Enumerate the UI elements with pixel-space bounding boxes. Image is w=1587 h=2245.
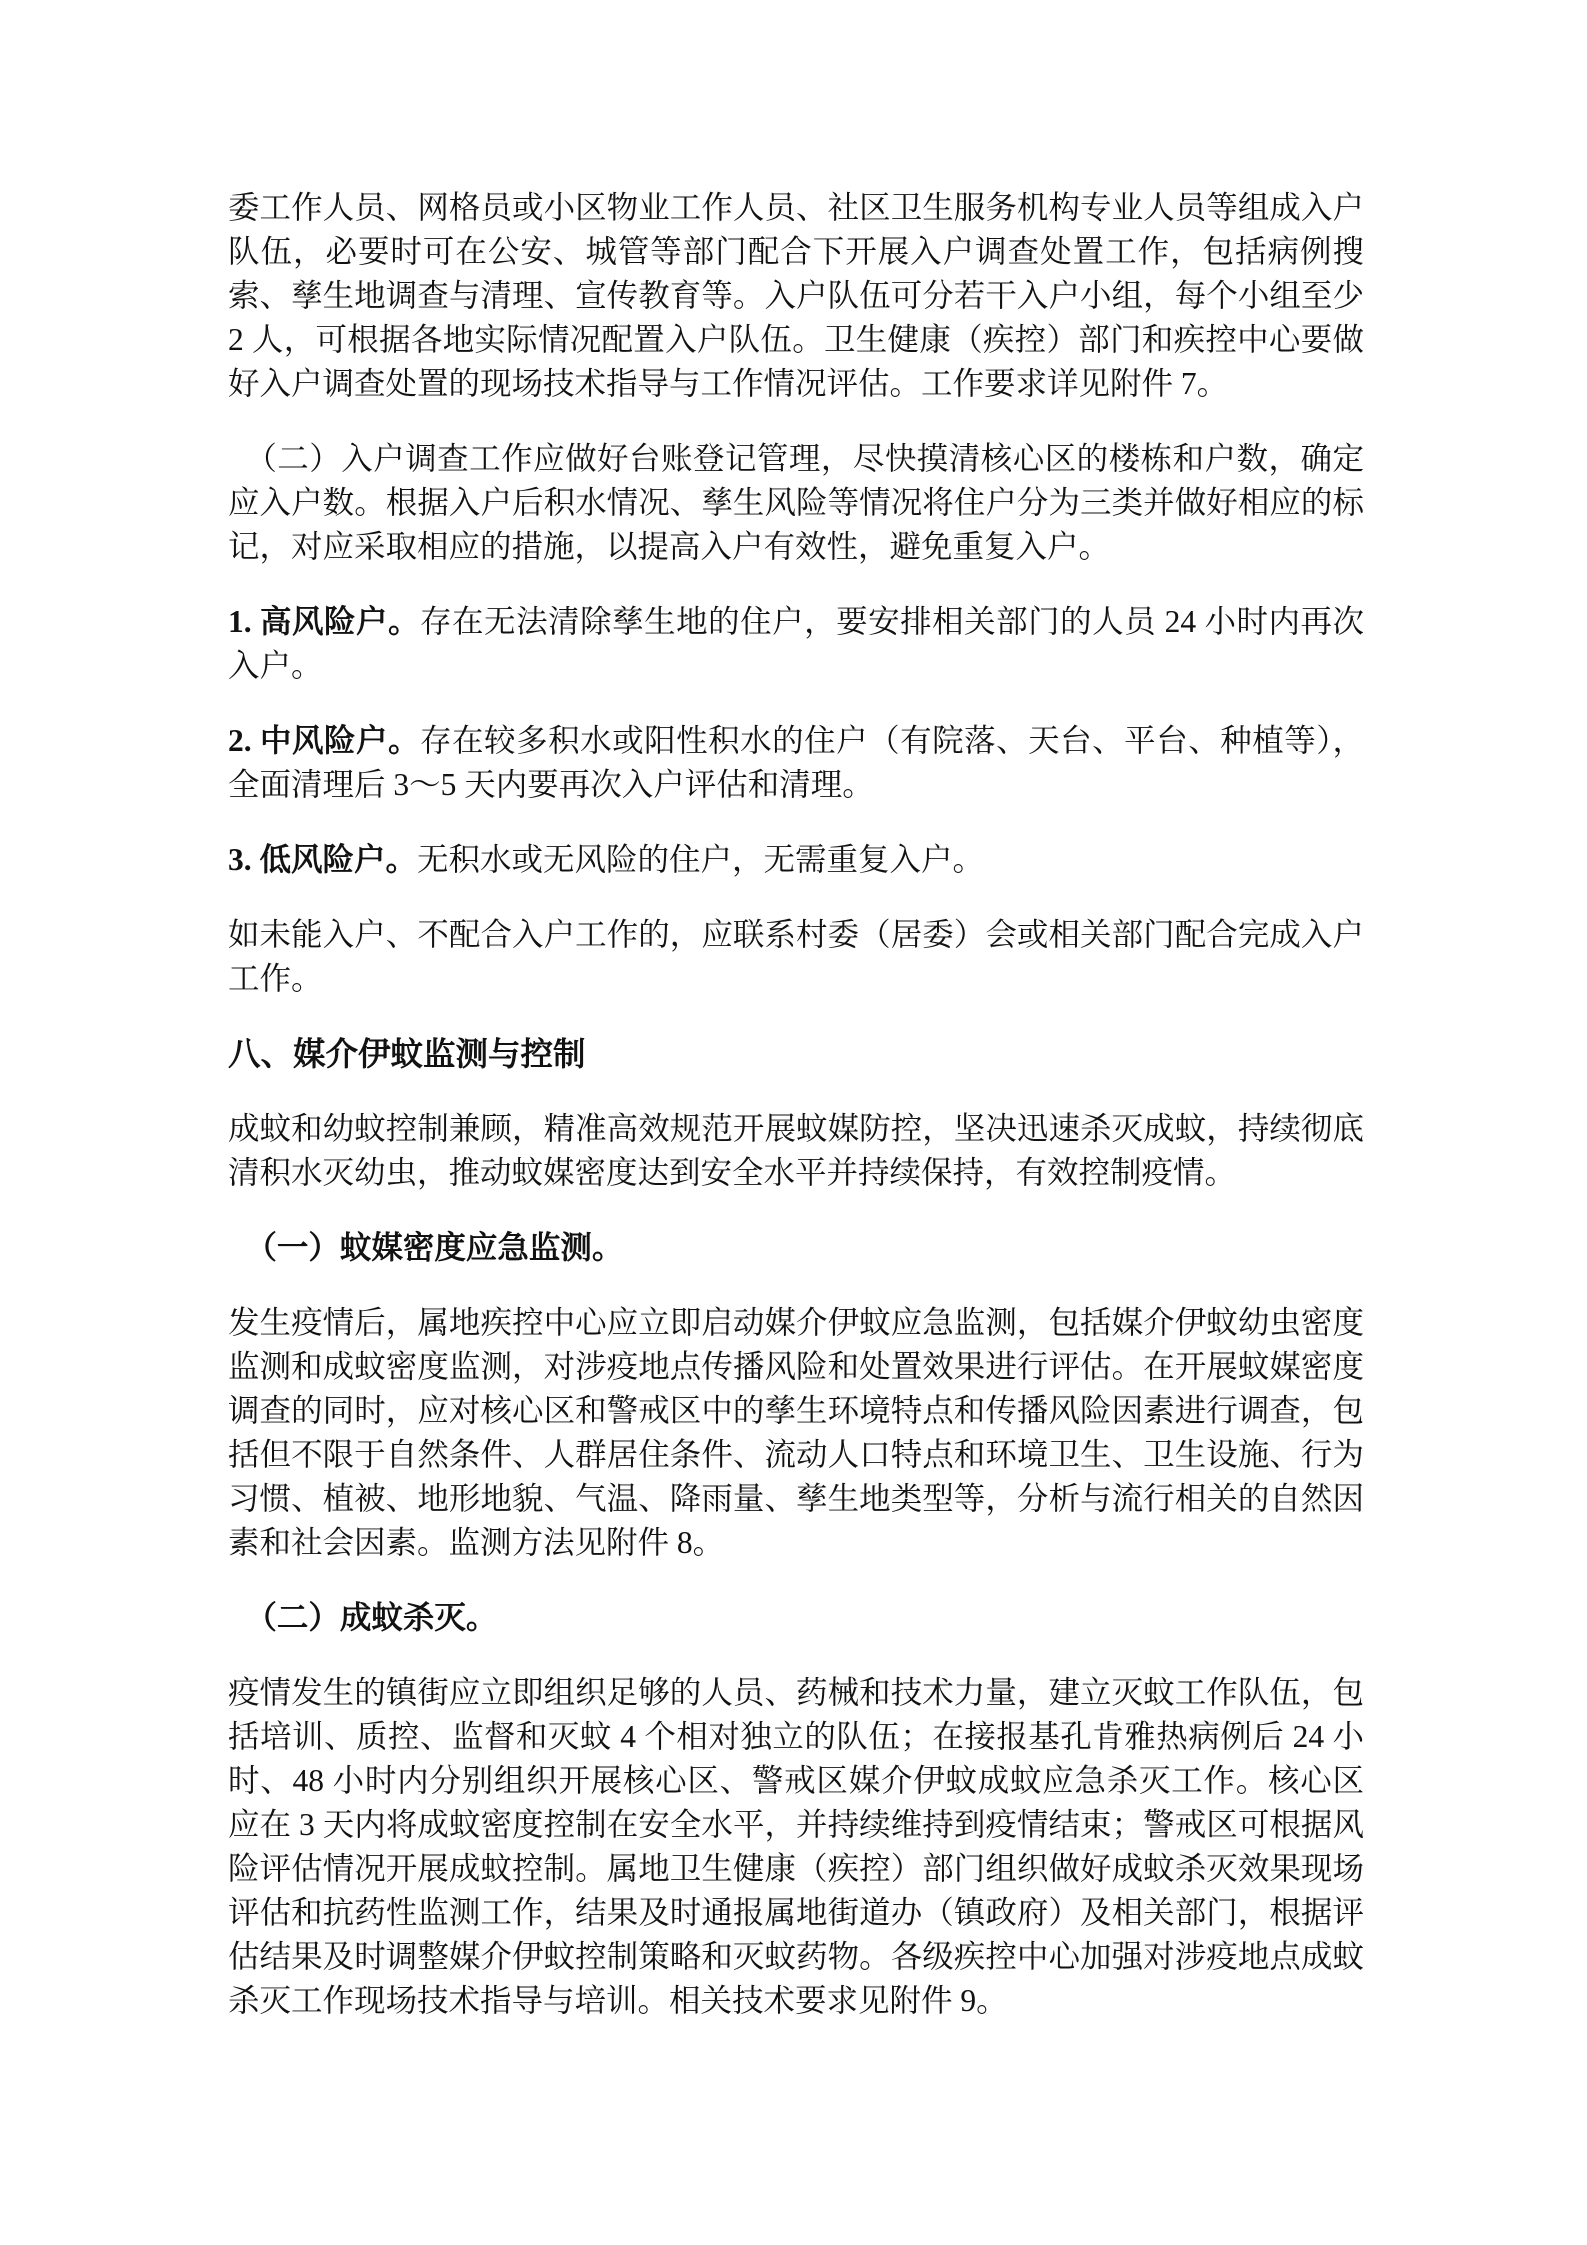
low-risk-text: 无积水或无风险的住户，无需重复入户。 [417, 842, 984, 877]
paragraph-entry-household-teams: 委工作人员、网格员或小区物业工作人员、社区卫生服务机构专业人员等组成入户队伍，必… [228, 186, 1364, 406]
document-page: 委工作人员、网格员或小区物业工作人员、社区卫生服务机构专业人员等组成入户队伍，必… [0, 0, 1587, 2245]
medium-risk-label: 2. 中风险户。 [228, 723, 420, 758]
paragraph-medium-risk-household: 2. 中风险户。存在较多积水或阳性积水的住户（有院落、天台、平台、种植等），全面… [228, 719, 1364, 807]
paragraph-adult-larva-control-overview: 成蚊和幼蚊控制兼顾，精准高效规范开展蚊媒防控，坚决迅速杀灭成蚊，持续彻底清积水灭… [228, 1107, 1364, 1195]
paragraph-uncooperative-households: 如未能入户、不配合入户工作的，应联系村委（居委）会或相关部门配合完成入户工作。 [228, 913, 1364, 1001]
high-risk-label: 1. 高风险户。 [228, 604, 420, 639]
paragraph-low-risk-household: 3. 低风险户。无积水或无风险的住户，无需重复入户。 [228, 838, 1364, 882]
paragraph-adult-mosquito-elimination-details: 疫情发生的镇街应立即组织足够的人员、药械和技术力量，建立灭蚊工作队伍，包括培训、… [228, 1671, 1364, 2023]
subheading-adult-mosquito-elimination: （二）成蚊杀灭。 [228, 1596, 1364, 1640]
subheading-mosquito-density-emergency-monitoring: （一）蚊媒密度应急监测。 [228, 1226, 1364, 1270]
low-risk-label: 3. 低风险户。 [228, 842, 417, 877]
paragraph-ledger-registration: （二）入户调查工作应做好台账登记管理，尽快摸清核心区的楼栋和户数，确定应入户数。… [228, 437, 1364, 569]
paragraph-emergency-monitoring-details: 发生疫情后，属地疾控中心应立即启动媒介伊蚊应急监测，包括媒介伊蚊幼虫密度监测和成… [228, 1301, 1364, 1565]
document-body: 委工作人员、网格员或小区物业工作人员、社区卫生服务机构专业人员等组成入户队伍，必… [228, 186, 1364, 2054]
section-heading-vector-aedes-monitoring-control: 八、媒介伊蚊监测与控制 [228, 1032, 1364, 1076]
paragraph-high-risk-household: 1. 高风险户。存在无法清除孳生地的住户，要安排相关部门的人员 24 小时内再次… [228, 600, 1364, 688]
